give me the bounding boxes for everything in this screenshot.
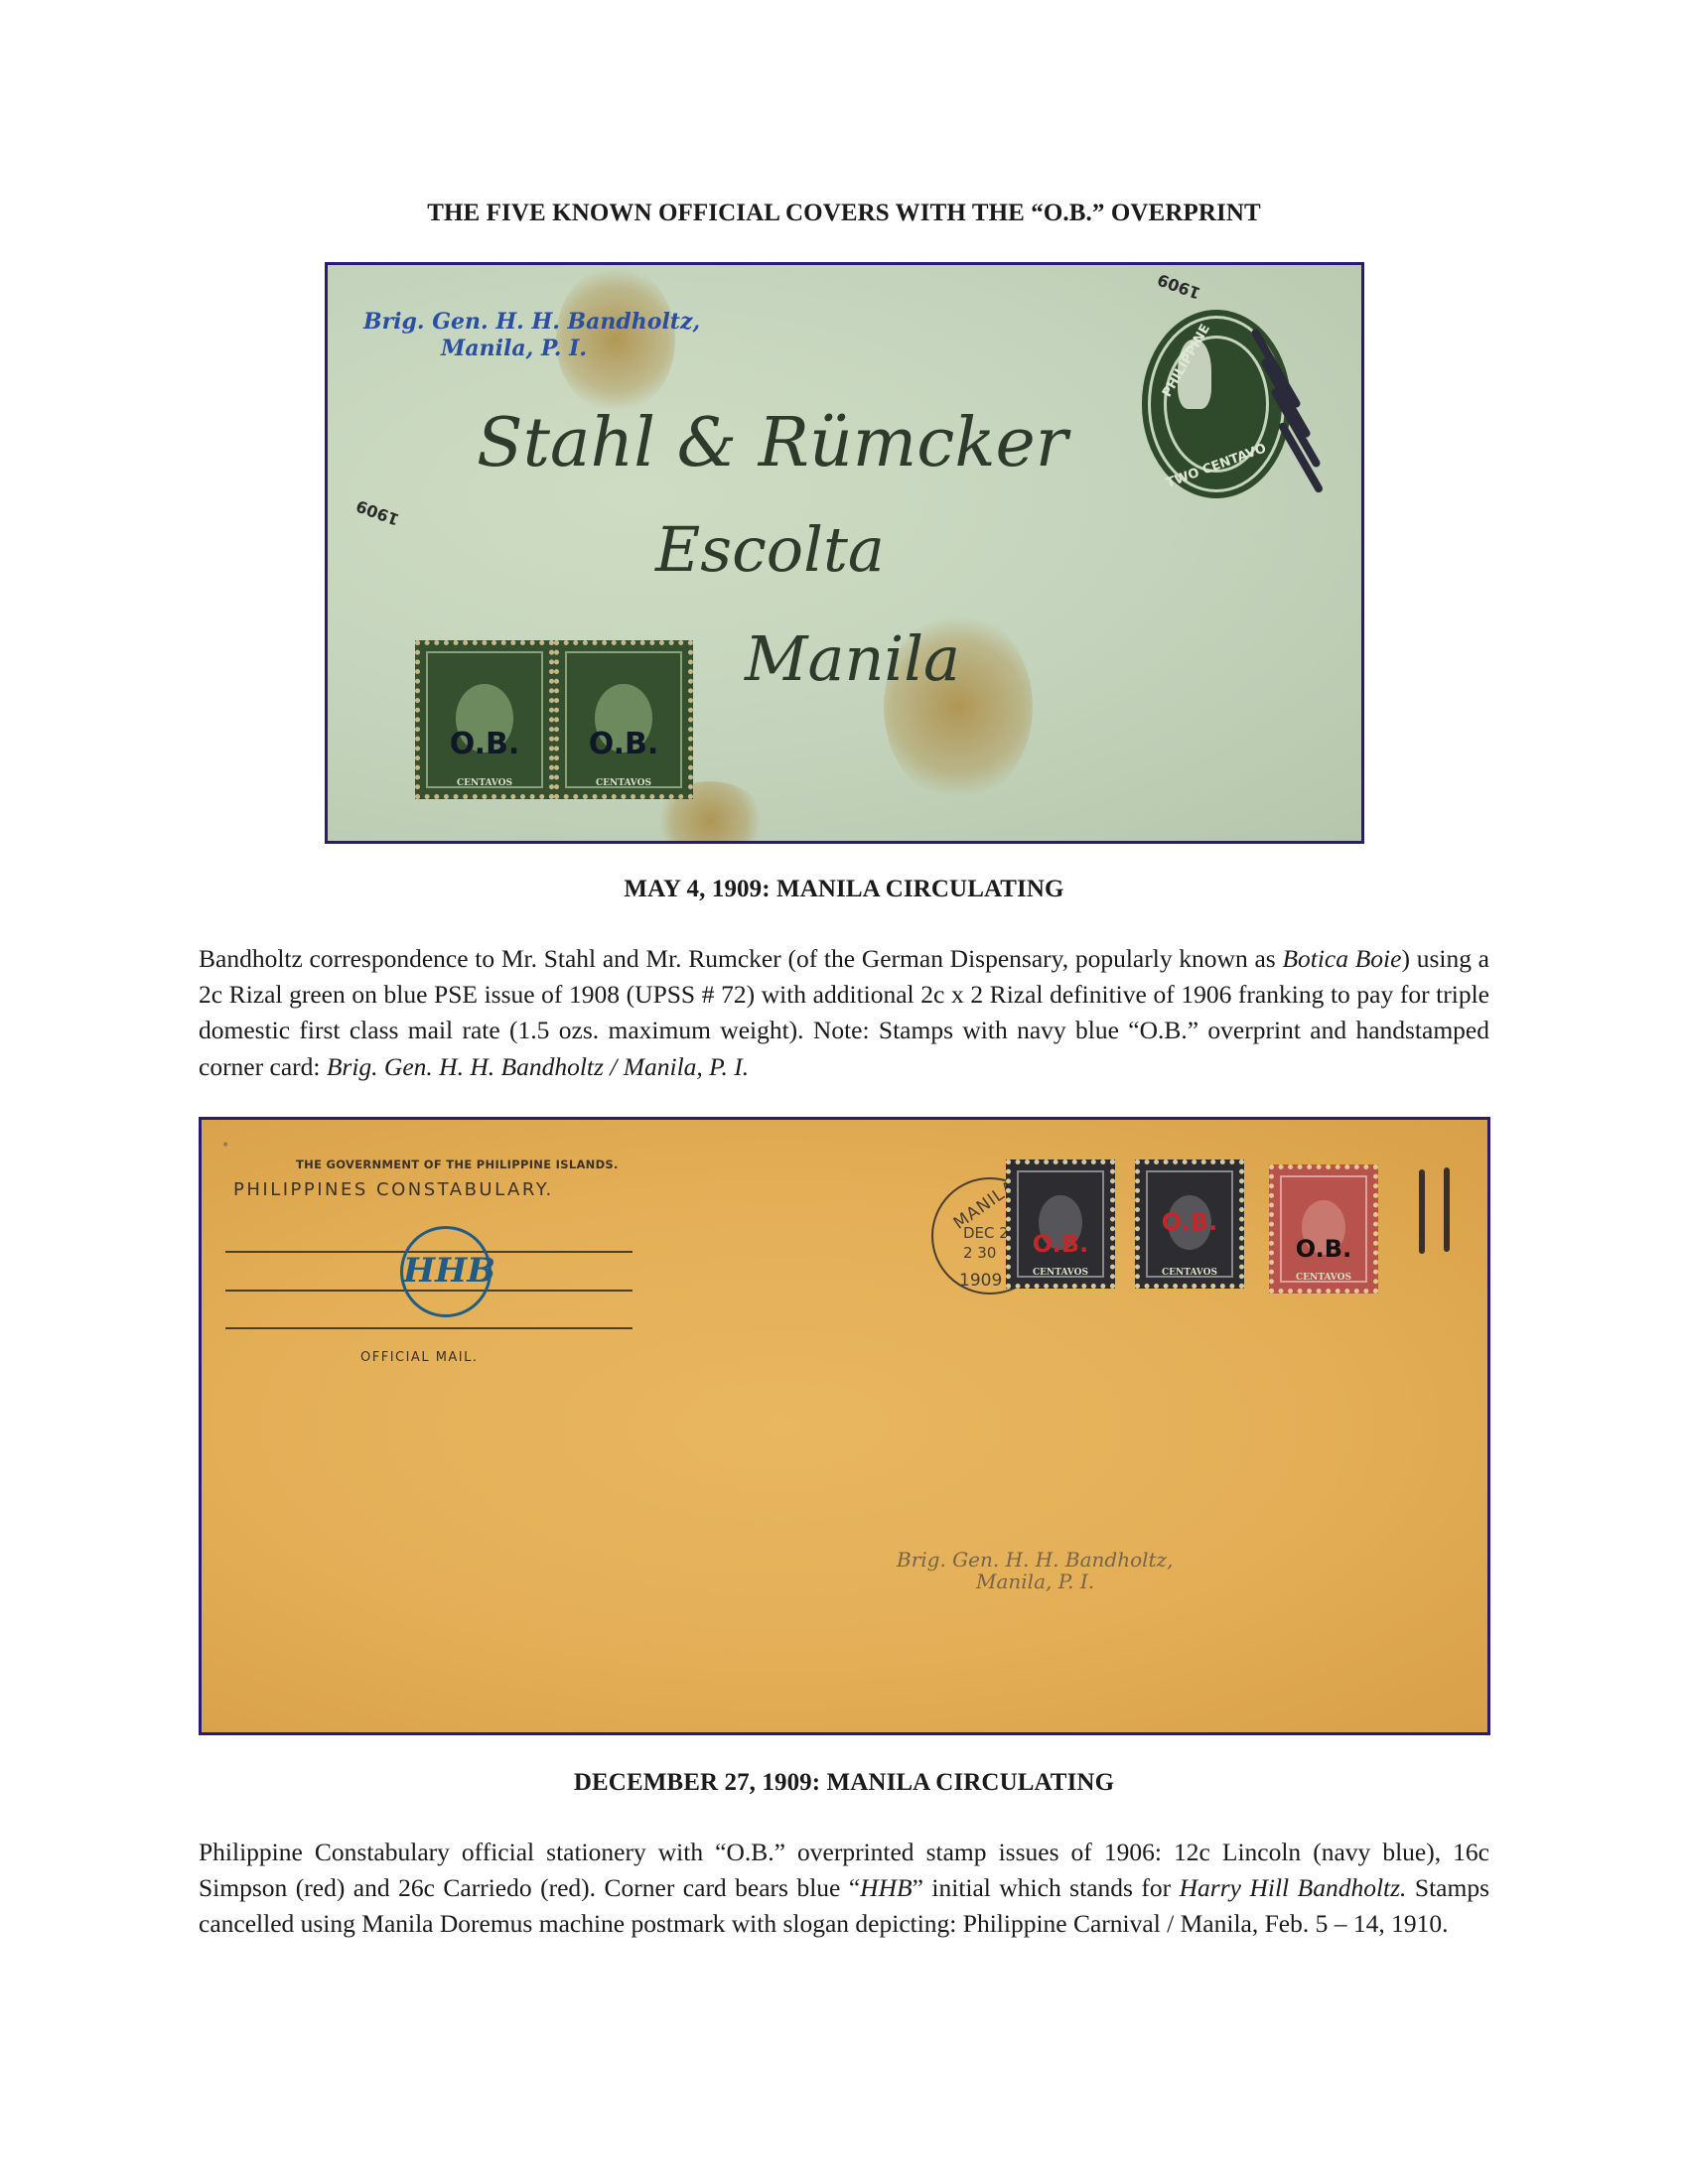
section-heading-1: MAY 4, 1909: MANILA CIRCULATING [0, 876, 1688, 903]
stamp-26c-carriedo: O.B. CENTAVOS [1006, 1160, 1115, 1289]
postmark-number: 1909 [1155, 270, 1202, 303]
corner-card-line-1: Brig. Gen. H. H. Bandholtz, [363, 309, 700, 336]
italic-text-run: Botica Boie [1282, 944, 1401, 973]
page-title: THE FIVE KNOWN OFFICIAL COVERS WITH THE … [0, 200, 1688, 227]
section-paragraph-1: Bandholtz correspondence to Mr. Stahl an… [199, 941, 1489, 1085]
stamp-2c-rizal: O.B. CENTAVOS [415, 640, 554, 799]
stamp-currency: CENTAVOS [1274, 1273, 1373, 1283]
stamp-currency: CENTAVOS [420, 778, 549, 788]
address-line-2: Escolta [655, 513, 885, 586]
address-line-1: Stahl & Rümcker [477, 404, 1067, 482]
ob-overprint: O.B. [1011, 1230, 1110, 1258]
postmark-number: 1909 [353, 496, 401, 529]
section-heading-2: DECEMBER 27, 1909: MANILA CIRCULATING [0, 1769, 1688, 1797]
text-run: Bandholtz correspondence to Mr. Stahl an… [199, 944, 1282, 973]
corner-card-line-2: Manila, P. I. [363, 336, 700, 362]
cover-image-2: • THE GOVERNMENT OF THE PHILIPPINE ISLAN… [199, 1117, 1490, 1735]
corner-card-agency: PHILIPPINES CONSTABULARY. [233, 1179, 554, 1200]
hhb-initials-handstamp: HHB [400, 1226, 492, 1317]
text-run: ” initial which stands for [913, 1873, 1180, 1902]
corner-card-government: THE GOVERNMENT OF THE PHILIPPINE ISLANDS… [296, 1158, 619, 1171]
ob-overprint: O.B. [1140, 1208, 1239, 1236]
italic-text-run: Harry Hill Bandholtz. [1180, 1873, 1407, 1902]
section-paragraph-2: Philippine Constabulary official station… [199, 1835, 1489, 1943]
ob-overprint: O.B. [420, 727, 549, 761]
address-line-3: Manila [745, 622, 960, 695]
stamp-currency: CENTAVOS [1140, 1268, 1239, 1278]
ob-overprint: O.B. [559, 727, 688, 761]
stamp-12c-lincoln: O.B. CENTAVOS [1269, 1164, 1378, 1294]
corner-card-handstamp: Brig. Gen. H. H. Bandholtz, Manila, P. I… [363, 309, 700, 362]
ob-overprint: O.B. [1274, 1235, 1373, 1263]
addressee-handstamp: Brig. Gen. H. H. Bandholtz, Manila, P. I… [897, 1549, 1173, 1592]
italic-text-run: HHB [860, 1873, 912, 1902]
postmark-year: 1909 [959, 1271, 1002, 1291]
stamp-currency: CENTAVOS [559, 778, 688, 788]
stamp-currency: CENTAVOS [1011, 1268, 1110, 1278]
italic-text-run: Brig. Gen. H. H. Bandholtz / Manila, P. … [327, 1052, 749, 1081]
divider [225, 1327, 633, 1329]
duplex-cancel-icon [1221, 325, 1340, 483]
stamp-16c-simpson: O.B. CENTAVOS [1135, 1160, 1244, 1289]
cover-image-1: Brig. Gen. H. H. Bandholtz, Manila, P. I… [325, 262, 1364, 844]
fold-mark: • [221, 1138, 229, 1154]
official-mail-label: OFFICIAL MAIL. [360, 1350, 479, 1365]
stamp-2c-rizal: O.B. CENTAVOS [554, 640, 693, 799]
